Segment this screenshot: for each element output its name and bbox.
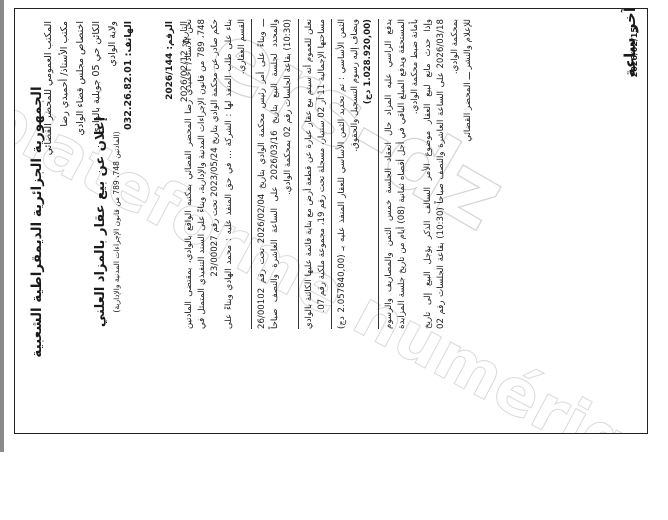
notice-title: إعلان عن بيع عقار بالمزاد العلني [93,9,108,434]
page-edge-bar [0,0,4,452]
office-phone: الهاتف: 032.26.82.01 [121,21,137,171]
office-line: مكتب الأستاذ/ أحميدي رضا [57,21,73,171]
body-paragraph-signoff: للإعلام والنشر ـــ المحضر القضائي [462,19,475,329]
bailiff-office-block: المكتب العمومي للمحضر القضائي مكتب الأست… [41,21,137,171]
notice-subtitle: (المادتين 748، 789 من قانون الإجراءات ال… [112,9,121,434]
divider [251,19,252,329]
divider [331,19,332,329]
body-paragraph-amount: (1.028.920,00 دج) [362,19,375,329]
rotated-notice-page: الجمهورية الجزائرية الديمقراطية الشعبية … [15,9,648,434]
newspaper-logo: آخر ساعة [621,8,639,77]
body-paragraph: يدفع الراسي عليه المزاد حال انعقاد الجلس… [383,19,423,329]
body-paragraph: نحن الأستاذ/ أحميدي رضا المحضر القضائي ب… [183,19,223,329]
body-paragraph: نعلن للعموم أنه سيتم بيع عقار عبارة عن ق… [303,19,329,329]
document-frame: ers-dz plateforme numérique الجمهورية ال… [14,8,648,434]
divider [298,19,299,329]
office-line: المكتب العمومي للمحضر القضائي [41,21,57,171]
notice-title-block: إعلان عن بيع عقار بالمزاد العلني (المادت… [93,9,121,434]
divider [378,19,379,329]
body-paragraph: بناء على طلب المنفذ لها : الشركة … في حق… [223,19,249,329]
notice-body: نحن الأستاذ/ أحميدي رضا المحضر القضائي ب… [183,19,475,329]
office-line: اختصاص مجلس قضاء الوادي [73,21,89,171]
body-paragraph: ـــ وبناءً على أمر رئيس محكمة الوادي بتا… [256,19,296,329]
body-paragraph: الثمن الأساسي : تم تحديد الثمن الأساسي ل… [336,19,362,329]
body-paragraph: وإذا حدث مانع لبيع العقار موضوع الأمر ال… [422,19,462,329]
reference-number: الرقم: 2026/144 [163,21,178,131]
